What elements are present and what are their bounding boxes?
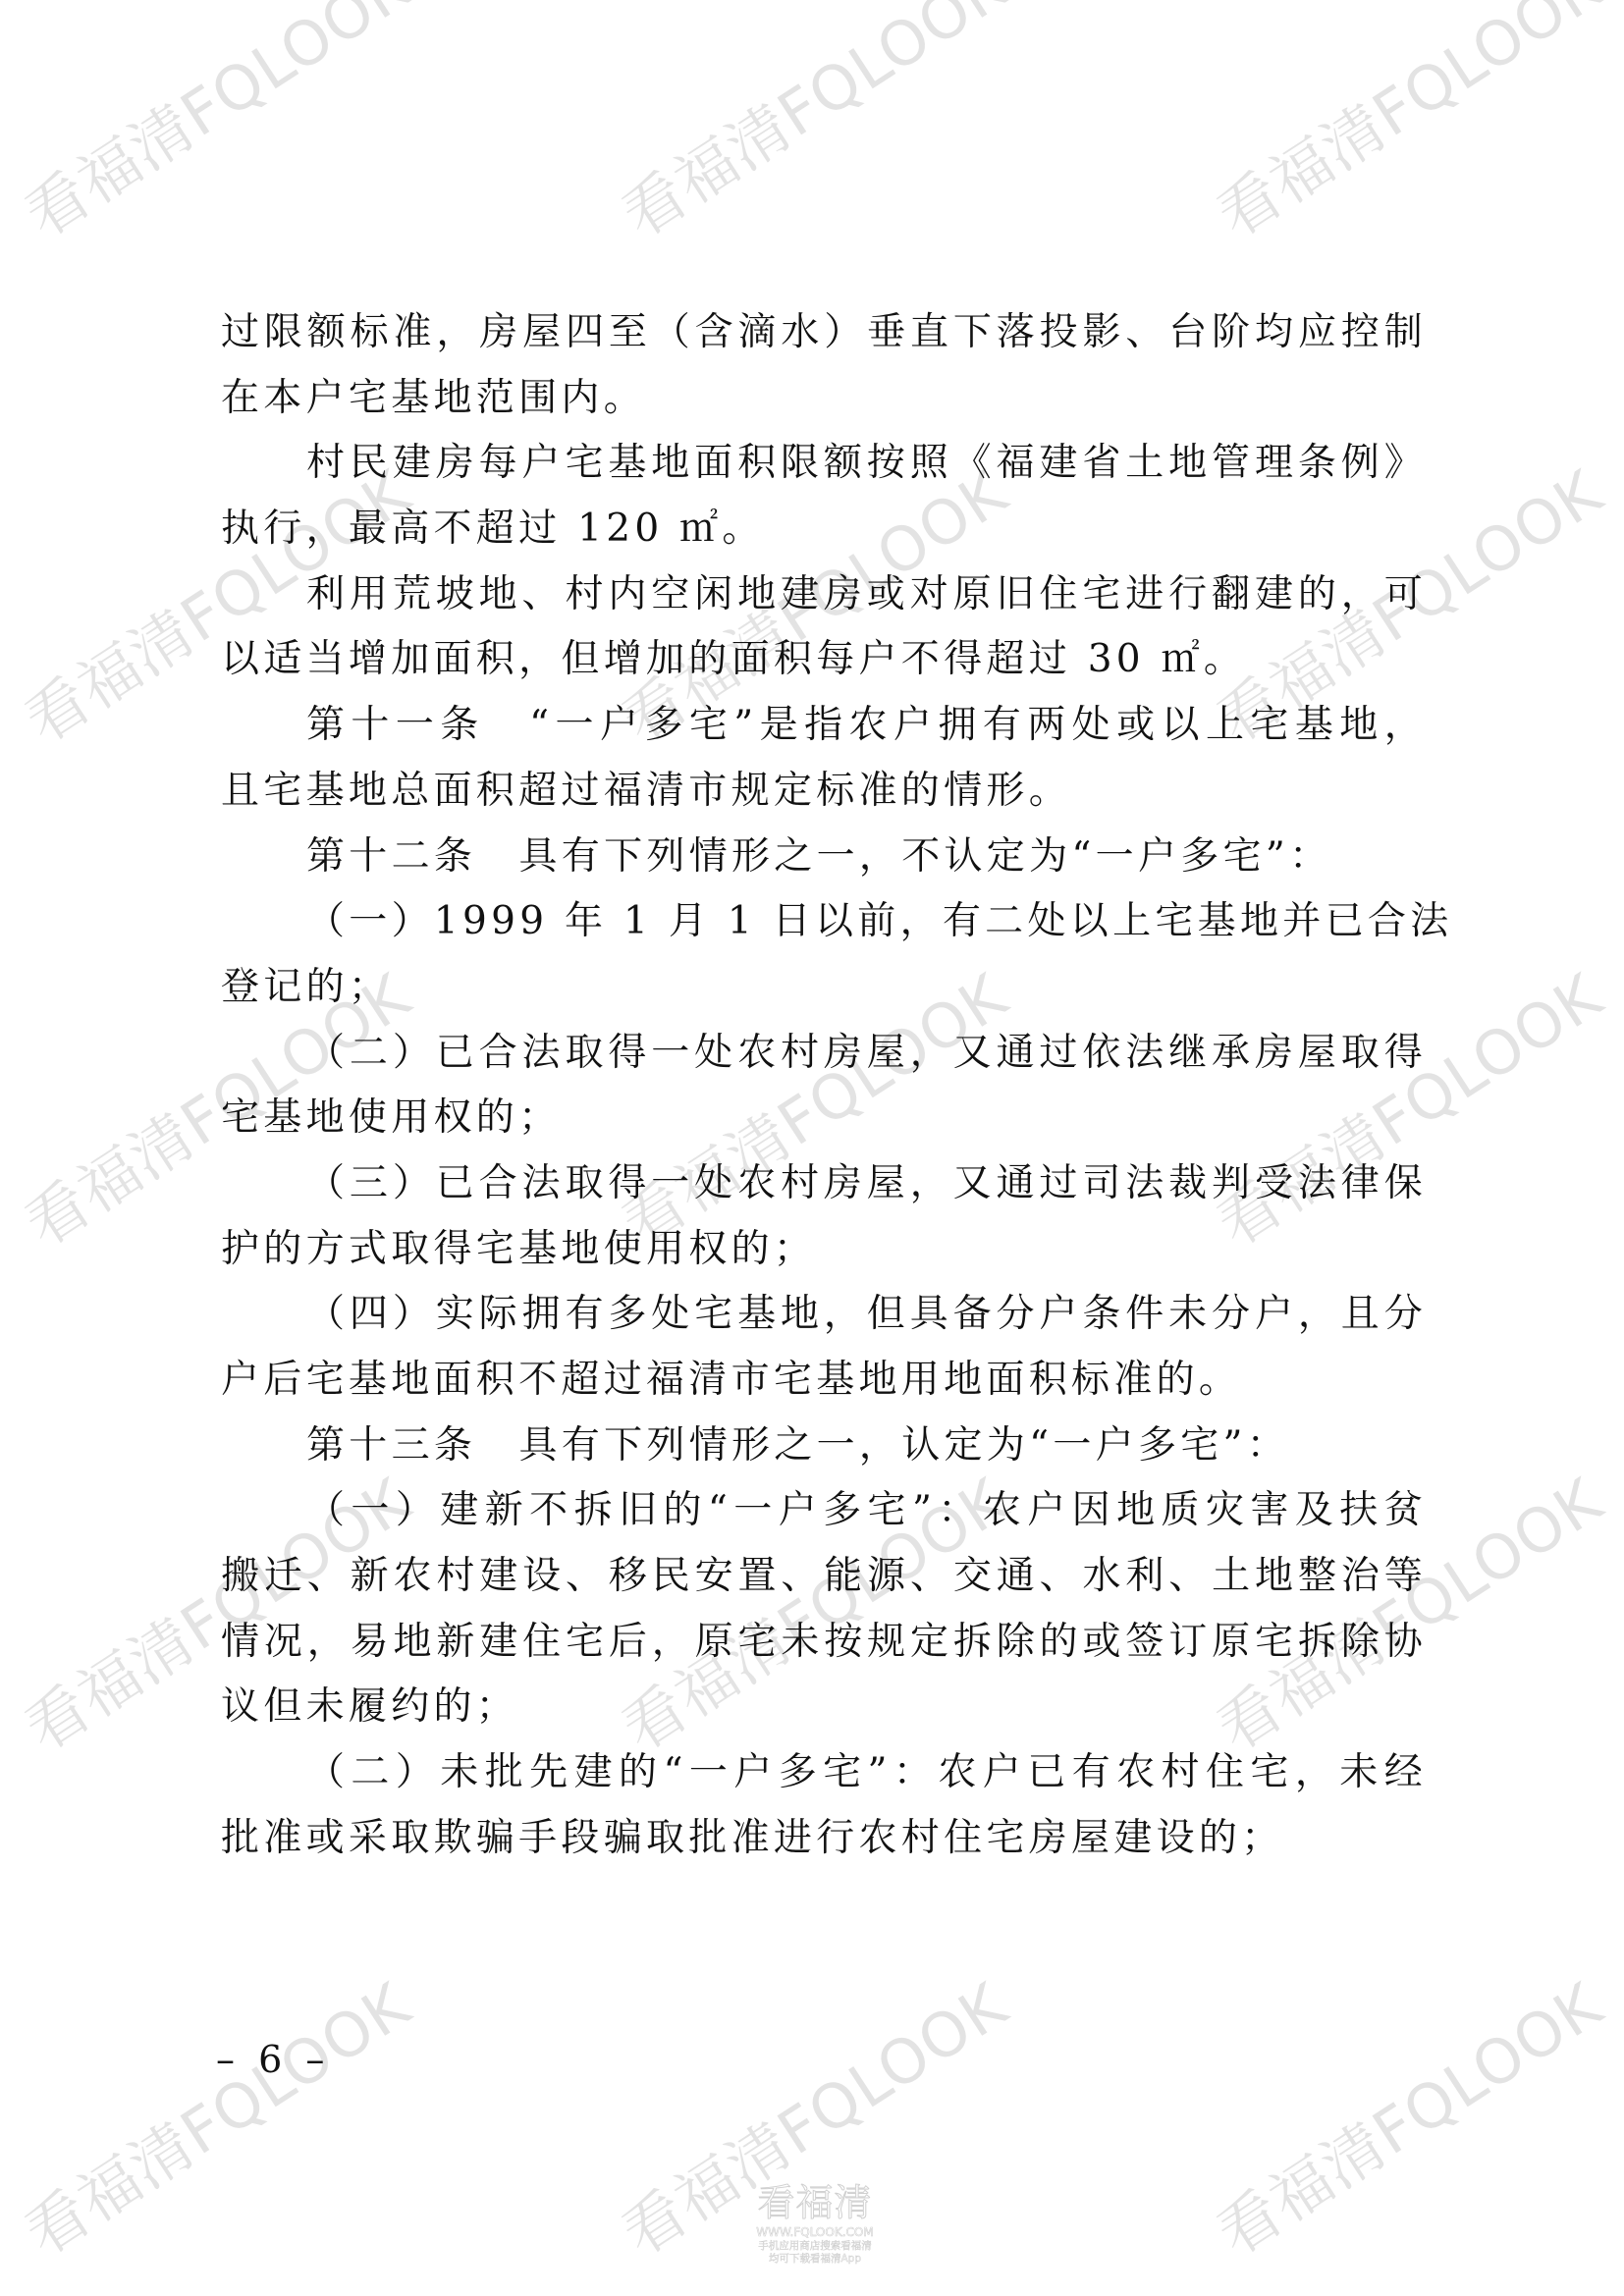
- list-item-line: （二）已合法取得一处农村房屋，又通过依法继承房屋取得: [221, 1021, 1427, 1087]
- article-12-heading-line: 第十二条 具有下列情形之一，不认定为“一户多宅”：: [221, 825, 1429, 890]
- list-item-line: （二）未批先建的“一户多宅”：农户已有农村住宅，未经: [221, 1740, 1427, 1806]
- text-line: 且宅基地总面积超过福清市规定标准的情形。: [221, 759, 1429, 825]
- list-item-line: （四）实际拥有多处宅基地，但具备分户条件未分户，且分: [221, 1282, 1427, 1348]
- logo-tip-line-2: 均可下载看福清App: [746, 2253, 884, 2266]
- logo-url: WWW.FQLOOK.COM: [746, 2224, 884, 2240]
- logo-title: 看福清: [746, 2181, 884, 2224]
- list-item-line: （一）建新不拆旧的“一户多宅”：农户因地质灾害及扶贫: [221, 1478, 1427, 1544]
- list-item-line: （三）已合法取得一处农村房屋，又通过司法裁判受法律保: [221, 1151, 1427, 1217]
- text-line: 护的方式取得宅基地使用权的；: [221, 1217, 1429, 1283]
- text-line: 宅基地使用权的；: [221, 1086, 1429, 1151]
- watermark: 看福清FQLOOK: [16, 1974, 419, 2266]
- site-logo: 看福清 WWW.FQLOOK.COM 手机应用商店搜索看福清 均可下载看福清Ap…: [746, 2181, 884, 2266]
- text-line: 搬迁、新农村建设、移民安置、能源、交通、水利、土地整治等: [221, 1544, 1427, 1610]
- paragraph-start-line: 利用荒坡地、村内空闲地建房或对原旧住宅进行翻建的，可: [221, 562, 1427, 628]
- text-line: 在本户宅基地范围内。: [221, 366, 1429, 432]
- watermark: 看福清FQLOOK: [1208, 1974, 1611, 2266]
- logo-tip-line-1: 手机应用商店搜索看福清: [746, 2240, 884, 2253]
- text-line: 执行，最高不超过 120 ㎡。: [221, 497, 1429, 562]
- list-item-line: （一）1999 年 1 月 1 日以前，有二处以上宅基地并已合法: [221, 889, 1427, 955]
- paragraph-start-line: 村民建房每户宅基地面积限额按照《福建省土地管理条例》: [221, 431, 1427, 497]
- watermark: 看福清FQLOOK: [613, 0, 1016, 247]
- text-line: 过限额标准，房屋四至（含滴水）垂直下落投影、台阶均应控制: [221, 300, 1427, 366]
- watermark: 看福清FQLOOK: [16, 0, 419, 247]
- text-line: 批准或采取欺骗手段骗取批准进行农村住宅房屋建设的；: [221, 1806, 1429, 1872]
- article-13-heading-line: 第十三条 具有下列情形之一，认定为“一户多宅”：: [221, 1414, 1429, 1479]
- document-body: 过限额标准，房屋四至（含滴水）垂直下落投影、台阶均应控制 在本户宅基地范围内。 …: [221, 300, 1429, 1872]
- page-number: – 6 –: [216, 2038, 330, 2081]
- text-line: 议但未履约的；: [221, 1675, 1429, 1740]
- text-line: 登记的；: [221, 955, 1429, 1021]
- document-page: 看福清FQLOOK 看福清FQLOOK 看福清FQLOOK 看福清FQLOOK …: [0, 0, 1624, 2296]
- article-11-heading-line: 第十一条 “一户多宅”是指农户拥有两处或以上宅基地，: [221, 693, 1427, 759]
- text-line: 户后宅基地面积不超过福清市宅基地用地面积标准的。: [221, 1348, 1429, 1414]
- watermark: 看福清FQLOOK: [1208, 0, 1611, 247]
- text-line: 以适当增加面积，但增加的面积每户不得超过 30 ㎡。: [221, 627, 1429, 693]
- text-line: 情况，易地新建住宅后，原宅未按规定拆除的或签订原宅拆除协: [221, 1610, 1427, 1676]
